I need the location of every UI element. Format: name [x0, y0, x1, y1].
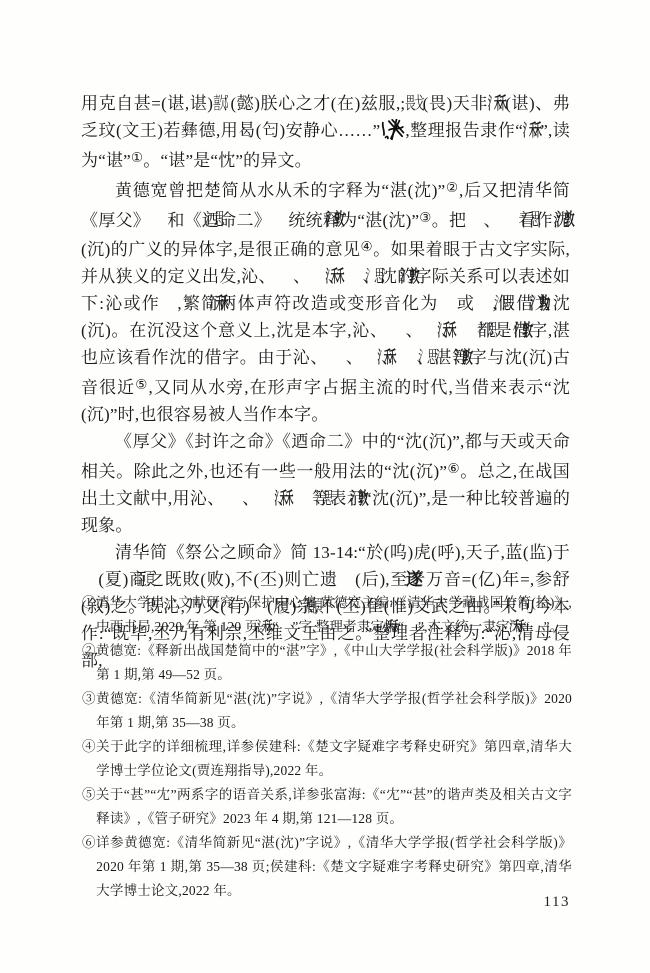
footnote-ref: ⑤ [135, 377, 148, 392]
footnote-marker: ① [82, 595, 96, 610]
xia-composite-glyph: 臣頁 [81, 566, 98, 593]
footnote-marker: ② [82, 643, 96, 658]
paragraph: 《厚父》《封许之命》《迺命二》中的“沈(沉)”,都与天或天命相关。除此之外,也还… [81, 428, 570, 539]
yi-composite-glyph: 喜欠阝 [213, 90, 230, 117]
shui-si-glyph: 氵思 [439, 290, 456, 317]
footnote-marker: ④ [82, 739, 96, 754]
main-text-block: 用克自甚=(谌,谌)喜欠阝(懿)朕心之才(在)兹服,;畏戈(畏)天非氵禾禾(谌)… [81, 90, 570, 674]
footnote: ⑤关于“甚”“冘”两系字的语音关系,详参张富海:《“冘”“甚”的谐声类及相关古文… [82, 783, 572, 831]
paragraph: 黄德宽曾把楚简从水从禾的字释为“湛(沈)”②,后又把清华简《厚父》氵思和《迺命二… [81, 174, 570, 428]
book-page: 用克自甚=(谌,谌)喜欠阝(懿)朕心之才(在)兹服,;畏戈(畏)天非氵禾禾(谌)… [0, 0, 650, 973]
shui-he-he-glyph: 氵禾禾 [523, 117, 540, 144]
shui-si-glyph: 氵思 [150, 206, 167, 233]
shui-he-he-glyph: 氵禾禾 [388, 317, 405, 344]
footnote-marker: ⑥ [82, 835, 96, 850]
paragraph: 用克自甚=(谌,谌)喜欠阝(懿)朕心之才(在)兹服,;畏戈(畏)天非氵禾禾(谌)… [81, 90, 570, 174]
footnote: ①清华大学出土文献研究与保护中心编,黄德宽主编:《清华大学藏战国竹简(拾)》,中… [82, 591, 572, 639]
chujian-script-glyph [380, 119, 405, 140]
huo-he-he-glyph: 火禾禾 [404, 615, 418, 639]
footnote-marker: ③ [82, 691, 96, 706]
shui-he-he-glyph: 氵禾禾 [225, 485, 242, 512]
footnote-ref: ⑥ [447, 461, 460, 476]
footnote: ③黄德宽:《清华简新见“湛(沈)”字说》,《清华大学学报(哲学社会科学版)》20… [82, 687, 572, 735]
shui-he-he-glyph: 氵禾禾 [488, 90, 505, 117]
shui-he-he-glyph: 氵禾禾 [279, 615, 293, 639]
shui-si-glyph: 氵思 [466, 206, 483, 233]
footnote-marker: ⑤ [82, 787, 96, 802]
page-number: 113 [510, 894, 570, 911]
shui-he-he-glyph: 氵禾禾 [276, 263, 293, 290]
footnotes-block: ①清华大学出土文献研究与保护中心编,黄德宽主编:《清华大学藏战国竹简(拾)》,中… [82, 591, 572, 903]
footnote: ②黄德宽:《释新出战国楚简中的“湛”字》,《中山大学学报(社会科学版)》2018… [82, 639, 572, 687]
shui-he-he-glyph: 氵禾禾 [328, 344, 345, 371]
shui-he-he-glyph: 氵禾禾 [530, 615, 544, 639]
shui-he-he-glyph: 氵禾禾 [160, 290, 177, 317]
footnote-ref: ④ [360, 239, 373, 254]
footnote: ⑥详参黄德宽:《清华简新见“湛(沈)”字说》,《清华大学学报(哲学社会科学版)》… [82, 831, 572, 903]
wei-ge-glyph: 畏戈 [405, 90, 422, 117]
footnote-ref: ① [131, 150, 143, 165]
footnote-ref: ③ [419, 210, 432, 225]
sui-bold-glyph: 遂 [338, 566, 355, 593]
footnote-ref: ② [445, 180, 459, 195]
shui-dun-glyph: 氵敦 [271, 206, 288, 233]
footnote: ④关于此字的详细梳理,详参侯建科:《楚文字疑难字考释史研究》第四章,清华大学博士… [82, 735, 572, 783]
